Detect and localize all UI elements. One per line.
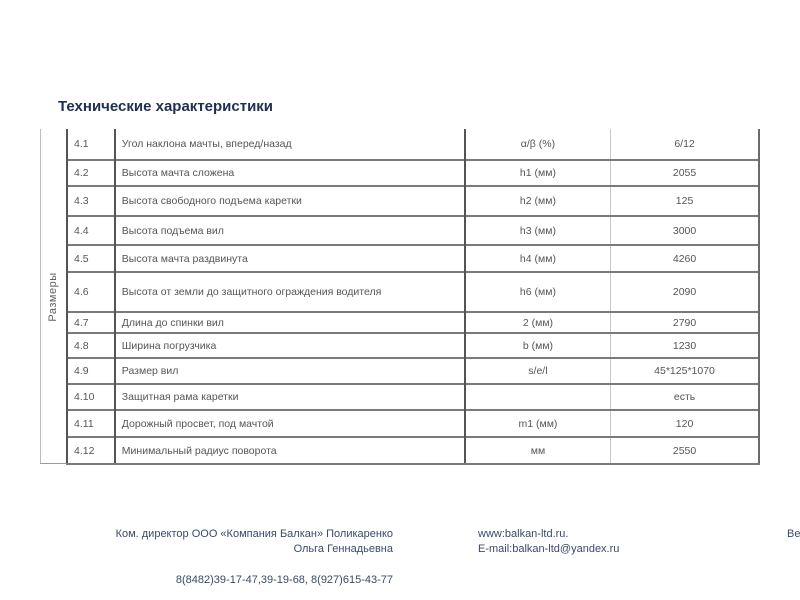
table-row: 4.12Минимальный радиус поворотамм2550: [67, 437, 759, 464]
row-value: 1230: [611, 333, 759, 358]
row-unit: h4 (мм): [465, 245, 611, 272]
spec-table: 4.1Угол наклона мачты, вперед/назадα/β (…: [66, 129, 760, 465]
row-description: Высота мачта сложена: [115, 160, 465, 186]
row-unit: s/e/l: [465, 358, 611, 384]
row-value: 2550: [611, 437, 759, 464]
table-row: 4.9Размер вилs/e/l45*125*1070: [67, 358, 759, 384]
table-row: 4.2Высота мачта сложенаh1 (мм)2055: [67, 160, 759, 186]
footer-phones: 8(8482)39-17-47,39-19-68, 8(927)615-43-7…: [53, 573, 393, 588]
row-number: 4.6: [67, 272, 115, 312]
row-description: Минимальный радиус поворота: [115, 437, 465, 464]
row-unit: h3 (мм): [465, 216, 611, 245]
table-row: 4.7Длина до спинки вил2 (мм)2790: [67, 312, 759, 333]
footer-position: Ком. директор ООО «Компания Балкан» Поли…: [53, 527, 393, 542]
table-row: 4.8Ширина погрузчикаb (мм)1230: [67, 333, 759, 358]
row-description: Высота мачта раздвинута: [115, 245, 465, 272]
row-value: 2790: [611, 312, 759, 333]
footer-name: Ольга Геннадьевна: [53, 542, 393, 557]
row-description: Ширина погрузчика: [115, 333, 465, 358]
row-unit: 2 (мм): [465, 312, 611, 333]
row-number: 4.3: [67, 186, 115, 216]
row-number: 4.11: [67, 410, 115, 437]
table-row: 4.10Защитная рама кареткиесть: [67, 384, 759, 410]
row-unit: h2 (мм): [465, 186, 611, 216]
footer-contact-person: Ком. директор ООО «Компания Балкан» Поли…: [53, 527, 393, 557]
row-description: Угол наклона мачты, вперед/назад: [115, 129, 465, 160]
row-number: 4.10: [67, 384, 115, 410]
row-description: Высота от земли до защитного ограждения …: [115, 272, 465, 312]
row-description: Высота свободного подъема каретки: [115, 186, 465, 216]
row-unit: h1 (мм): [465, 160, 611, 186]
footer-cut-text: Ве: [787, 527, 800, 542]
row-description: Размер вил: [115, 358, 465, 384]
row-number: 4.1: [67, 129, 115, 160]
row-value: 120: [611, 410, 759, 437]
section-label-text: Размеры: [47, 272, 59, 321]
table-row: 4.11Дорожный просвет, под мачтойm1 (мм)1…: [67, 410, 759, 437]
footer-email-link[interactable]: E-mail:balkan-ltd@yandex.ru: [478, 542, 619, 557]
row-number: 4.7: [67, 312, 115, 333]
row-description: Длина до спинки вил: [115, 312, 465, 333]
table-row: 4.6Высота от земли до защитного огражден…: [67, 272, 759, 312]
row-number: 4.4: [67, 216, 115, 245]
row-value: 2090: [611, 272, 759, 312]
row-unit: m1 (мм): [465, 410, 611, 437]
row-unit: [465, 384, 611, 410]
row-description: Дорожный просвет, под мачтой: [115, 410, 465, 437]
table-row: 4.3Высота свободного подъема кареткиh2 (…: [67, 186, 759, 216]
footer-website-link[interactable]: www:balkan-ltd.ru.: [478, 527, 619, 542]
row-number: 4.8: [67, 333, 115, 358]
table-row: 4.5Высота мачта раздвинутаh4 (мм)4260: [67, 245, 759, 272]
row-description: Высота подъема вил: [115, 216, 465, 245]
table-row: 4.1Угол наклона мачты, вперед/назадα/β (…: [67, 129, 759, 160]
row-description: Защитная рама каретки: [115, 384, 465, 410]
row-unit: b (мм): [465, 333, 611, 358]
row-number: 4.5: [67, 245, 115, 272]
spec-table-container: Размеры 4.1Угол наклона мачты, вперед/на…: [40, 129, 760, 464]
page-title: Технические характеристики: [58, 98, 273, 115]
footer-web-contacts: www:balkan-ltd.ru. E-mail:balkan-ltd@yan…: [478, 527, 619, 557]
row-unit: h6 (мм): [465, 272, 611, 312]
row-value: 2055: [611, 160, 759, 186]
row-value: 4260: [611, 245, 759, 272]
row-number: 4.2: [67, 160, 115, 186]
row-value: есть: [611, 384, 759, 410]
row-number: 4.12: [67, 437, 115, 464]
row-value: 6/12: [611, 129, 759, 160]
row-unit: мм: [465, 437, 611, 464]
row-unit: α/β (%): [465, 129, 611, 160]
row-value: 125: [611, 186, 759, 216]
table-row: 4.4Высота подъема вилh3 (мм)3000: [67, 216, 759, 245]
row-value: 3000: [611, 216, 759, 245]
row-value: 45*125*1070: [611, 358, 759, 384]
section-label: Размеры: [40, 129, 66, 464]
row-number: 4.9: [67, 358, 115, 384]
